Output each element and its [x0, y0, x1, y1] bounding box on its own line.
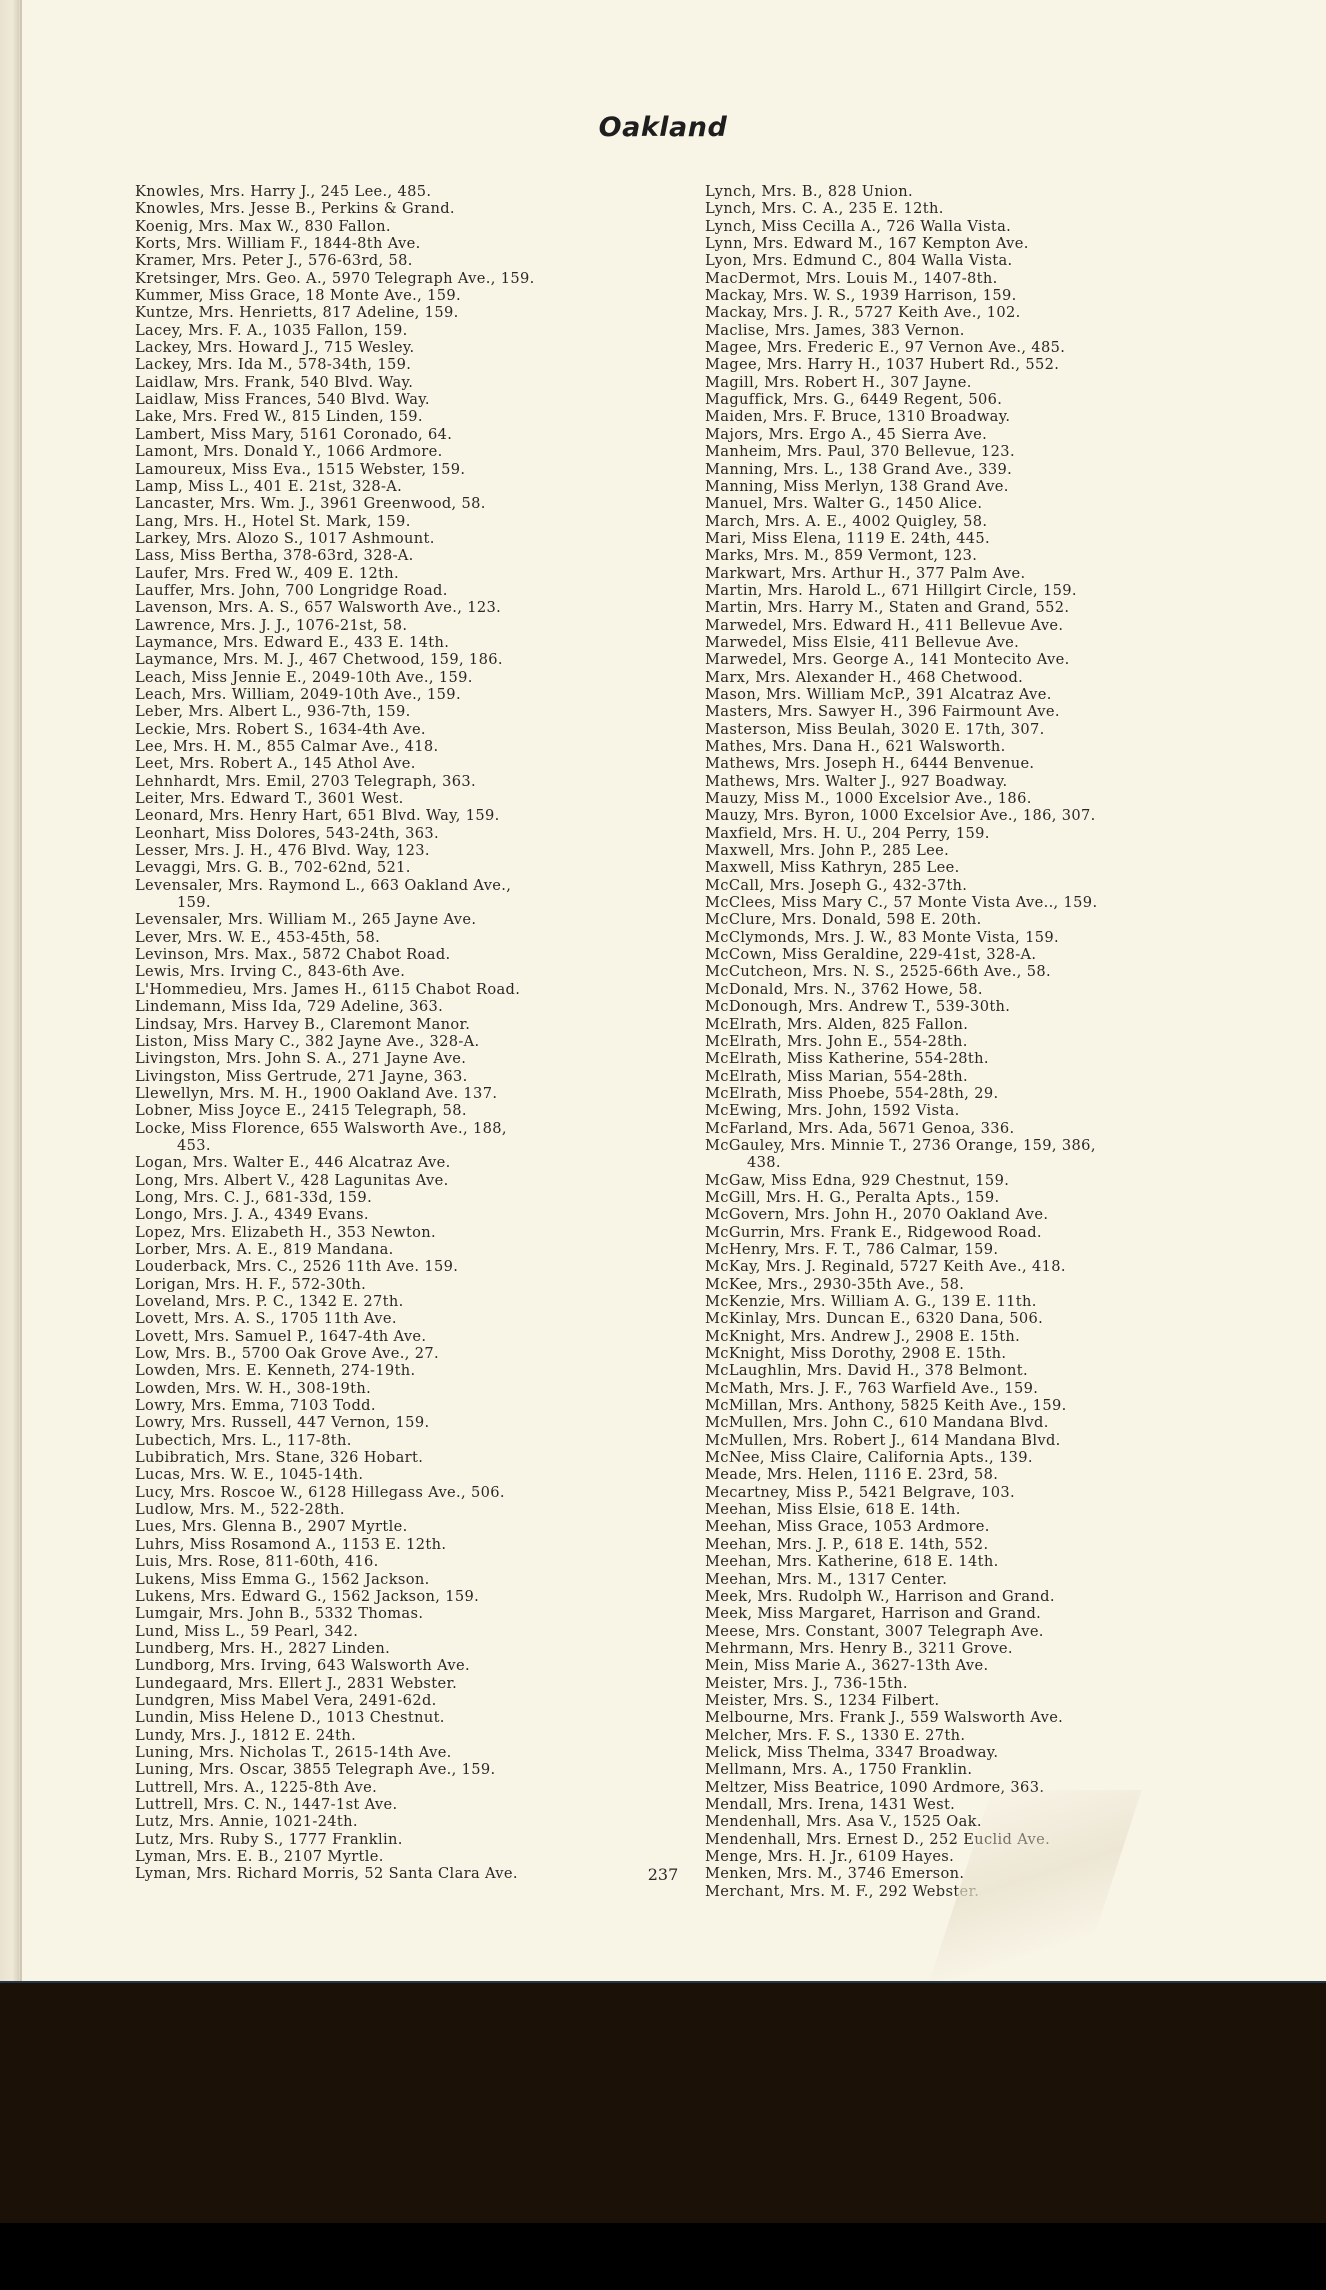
entry-text: Lukens, Miss Emma G., 1562 Jackson. — [135, 1571, 430, 1588]
directory-entry: Mari, Miss Elena, 1119 E. 24th, 445. — [705, 530, 1305, 547]
directory-entry: Lorber, Mrs. A. E., 819 Mandana. — [135, 1241, 695, 1258]
directory-entry: Marks, Mrs. M., 859 Vermont, 123. — [705, 547, 1305, 564]
directory-entry: Lake, Mrs. Fred W., 815 Linden, 159. — [135, 408, 695, 425]
directory-entry: Markwart, Mrs. Arthur H., 377 Palm Ave. — [705, 565, 1305, 582]
entry-text: Luning, Mrs. Nicholas T., 2615-14th Ave. — [135, 1744, 452, 1761]
directory-entry: Leet, Mrs. Robert A., 145 Athol Ave. — [135, 755, 695, 772]
directory-entry: Lewis, Mrs. Irving C., 843-6th Ave. — [135, 963, 695, 980]
directory-entry: Luhrs, Miss Rosamond A., 1153 E. 12th. — [135, 1536, 695, 1553]
directory-entry: March, Mrs. A. E., 4002 Quigley, 58. — [705, 513, 1305, 530]
entry-text: Marks, Mrs. M., 859 Vermont, 123. — [705, 547, 977, 564]
entry-text: Lauffer, Mrs. John, 700 Longridge Road. — [135, 582, 448, 599]
entry-text: Livingston, Miss Gertrude, 271 Jayne, 36… — [135, 1068, 468, 1085]
directory-entry: Lopez, Mrs. Elizabeth H., 353 Newton. — [135, 1224, 695, 1241]
entry-text: McHenry, Mrs. F. T., 786 Calmar, 159. — [705, 1241, 998, 1258]
entry-text: Meek, Mrs. Rudolph W., Harrison and Gran… — [705, 1588, 1055, 1605]
directory-entry: Manning, Miss Merlyn, 138 Grand Ave. — [705, 478, 1305, 495]
entry-text: Lundegaard, Mrs. Ellert J., 2831 Webster… — [135, 1675, 457, 1692]
entry-text: L'Hommedieu, Mrs. James H., 6115 Chabot … — [135, 981, 520, 998]
directory-entry: Meek, Mrs. Rudolph W., Harrison and Gran… — [705, 1588, 1305, 1605]
directory-entry: McElrath, Mrs. Alden, 825 Fallon. — [705, 1016, 1305, 1033]
directory-entry: Lubibratich, Mrs. Stane, 326 Hobart. — [135, 1449, 695, 1466]
entry-text: Lackey, Mrs. Howard J., 715 Wesley. — [135, 339, 415, 356]
directory-entry: Meehan, Miss Grace, 1053 Ardmore. — [705, 1518, 1305, 1535]
entry-text: Long, Mrs. C. J., 681-33d, 159. — [135, 1189, 372, 1206]
directory-entry: Lorigan, Mrs. H. F., 572-30th. — [135, 1276, 695, 1293]
entry-text: Laidlaw, Miss Frances, 540 Blvd. Way. — [135, 391, 430, 408]
entry-text: McKenzie, Mrs. William A. G., 139 E. 11t… — [705, 1293, 1037, 1310]
entry-text: Lucy, Mrs. Roscoe W., 6128 Hillegass Ave… — [135, 1484, 505, 1501]
entry-text: Mendall, Mrs. Irena, 1431 West. — [705, 1796, 955, 1813]
entry-text: McElrath, Miss Phoebe, 554-28th, 29. — [705, 1085, 999, 1102]
entry-text: Levensaler, Mrs. William M., 265 Jayne A… — [135, 911, 476, 928]
entry-text: McGovern, Mrs. John H., 2070 Oakland Ave… — [705, 1206, 1048, 1223]
directory-entry: Ludlow, Mrs. M., 522-28th. — [135, 1501, 695, 1518]
entry-text: Marx, Mrs. Alexander H., 468 Chetwood. — [705, 669, 1023, 686]
directory-entry: Meister, Mrs. J., 736-15th. — [705, 1675, 1305, 1692]
directory-entry: Martin, Mrs. Harold L., 671 Hillgirt Cir… — [705, 582, 1305, 599]
entry-text: McClymonds, Mrs. J. W., 83 Monte Vista, … — [705, 929, 1059, 946]
directory-entry: Lauffer, Mrs. John, 700 Longridge Road. — [135, 582, 695, 599]
directory-entry: MacDermot, Mrs. Louis M., 1407-8th. — [705, 270, 1305, 287]
entry-text: Lang, Mrs. H., Hotel St. Mark, 159. — [135, 513, 411, 530]
entry-text: Lehnhardt, Mrs. Emil, 2703 Telegraph, 36… — [135, 773, 476, 790]
entry-text: Mecartney, Miss P., 5421 Belgrave, 103. — [705, 1484, 1015, 1501]
directory-entry: McGovern, Mrs. John H., 2070 Oakland Ave… — [705, 1206, 1305, 1223]
entry-text: Lundy, Mrs. J., 1812 E. 24th. — [135, 1727, 356, 1744]
directory-entry: Melbourne, Mrs. Frank J., 559 Walsworth … — [705, 1709, 1305, 1726]
directory-entry: Lundborg, Mrs. Irving, 643 Walsworth Ave… — [135, 1657, 695, 1674]
entry-text: Magee, Mrs. Frederic E., 97 Vernon Ave.,… — [705, 339, 1065, 356]
entry-text: McElrath, Mrs. John E., 554-28th. — [705, 1033, 968, 1050]
entry-text: Lancaster, Mrs. Wm. J., 3961 Greenwood, … — [135, 495, 486, 512]
entry-text: Laymance, Mrs. Edward E., 433 E. 14th. — [135, 634, 449, 651]
directory-entry: McElrath, Miss Marian, 554-28th. — [705, 1068, 1305, 1085]
page-title: Oakland — [0, 112, 1326, 143]
directory-entry: McCown, Miss Geraldine, 229-41st, 328-A. — [705, 946, 1305, 963]
entry-text: McKnight, Mrs. Andrew J., 2908 E. 15th. — [705, 1328, 1020, 1345]
entry-text: Meehan, Mrs. J. P., 618 E. 14th, 552. — [705, 1536, 988, 1553]
directory-entry: Maxfield, Mrs. H. U., 204 Perry, 159. — [705, 825, 1305, 842]
directory-entry: Magill, Mrs. Robert H., 307 Jayne. — [705, 374, 1305, 391]
entry-text: Masterson, Miss Beulah, 3020 E. 17th, 30… — [705, 721, 1045, 738]
entry-text: MacDermot, Mrs. Louis M., 1407-8th. — [705, 270, 998, 287]
entry-text: Maxwell, Miss Kathryn, 285 Lee. — [705, 859, 960, 876]
directory-entry: Lynch, Mrs. B., 828 Union. — [705, 183, 1305, 200]
entry-text: Liston, Miss Mary C., 382 Jayne Ave., 32… — [135, 1033, 480, 1050]
entry-text: Meade, Mrs. Helen, 1116 E. 23rd, 58. — [705, 1466, 998, 1483]
directory-entry: Lobner, Miss Joyce E., 2415 Telegraph, 5… — [135, 1102, 695, 1119]
directory-entry: Longo, Mrs. J. A., 4349 Evans. — [135, 1206, 695, 1223]
directory-entry: Livingston, Miss Gertrude, 271 Jayne, 36… — [135, 1068, 695, 1085]
entry-text: Lake, Mrs. Fred W., 815 Linden, 159. — [135, 408, 423, 425]
entry-text: Mackay, Mrs. W. S., 1939 Harrison, 159. — [705, 287, 1017, 304]
directory-entry: McClees, Miss Mary C., 57 Monte Vista Av… — [705, 894, 1305, 911]
entry-text: Mason, Mrs. William McP., 391 Alcatraz A… — [705, 686, 1052, 703]
entry-text: Levensaler, Mrs. Raymond L., 663 Oakland… — [135, 877, 511, 894]
directory-entry: McGurrin, Mrs. Frank E., Ridgewood Road. — [705, 1224, 1305, 1241]
entry-text: Luning, Mrs. Oscar, 3855 Telegraph Ave.,… — [135, 1761, 496, 1778]
entry-text: McDonald, Mrs. N., 3762 Howe, 58. — [705, 981, 983, 998]
entry-text: Maclise, Mrs. James, 383 Vernon. — [705, 322, 965, 339]
entry-text: Meehan, Miss Elsie, 618 E. 14th. — [705, 1501, 961, 1518]
entry-text: Lovett, Mrs. A. S., 1705 11th Ave. — [135, 1310, 397, 1327]
entry-text: Leach, Mrs. William, 2049-10th Ave., 159… — [135, 686, 461, 703]
directory-entry: McHenry, Mrs. F. T., 786 Calmar, 159. — [705, 1241, 1305, 1258]
directory-entry: Luttrell, Mrs. C. N., 1447-1st Ave. — [135, 1796, 695, 1813]
entry-text: McNee, Miss Claire, California Apts., 13… — [705, 1449, 1033, 1466]
directory-entry: Meehan, Mrs. Katherine, 618 E. 14th. — [705, 1553, 1305, 1570]
directory-entry: Mackay, Mrs. J. R., 5727 Keith Ave., 102… — [705, 304, 1305, 321]
directory-entry: Meek, Miss Margaret, Harrison and Grand. — [705, 1605, 1305, 1622]
entry-text: Manning, Miss Merlyn, 138 Grand Ave. — [705, 478, 1009, 495]
scan-black-border — [0, 2223, 1326, 2290]
entry-text: Lowden, Mrs. W. H., 308-19th. — [135, 1380, 371, 1397]
directory-entry: Lundin, Miss Helene D., 1013 Chestnut. — [135, 1709, 695, 1726]
directory-entry: Locke, Miss Florence, 655 Walsworth Ave.… — [135, 1120, 695, 1155]
directory-entry: Lancaster, Mrs. Wm. J., 3961 Greenwood, … — [135, 495, 695, 512]
directory-entry: Marwedel, Mrs. George A., 141 Montecito … — [705, 651, 1305, 668]
directory-entry: McKee, Mrs., 2930-35th Ave., 58. — [705, 1276, 1305, 1293]
directory-entry: Marx, Mrs. Alexander H., 468 Chetwood. — [705, 669, 1305, 686]
entry-text: McDonough, Mrs. Andrew T., 539-30th. — [705, 998, 1010, 1015]
entry-text: Locke, Miss Florence, 655 Walsworth Ave.… — [135, 1120, 507, 1137]
directory-entry: McDonough, Mrs. Andrew T., 539-30th. — [705, 998, 1305, 1015]
entry-text: Magee, Mrs. Harry H., 1037 Hubert Rd., 5… — [705, 356, 1059, 373]
entry-text: Knowles, Mrs. Harry J., 245 Lee., 485. — [135, 183, 431, 200]
entry-text: Melick, Miss Thelma, 3347 Broadway. — [705, 1744, 998, 1761]
entry-text: Lass, Miss Bertha, 378-63rd, 328-A. — [135, 547, 414, 564]
directory-entry: Maguffick, Mrs. G., 6449 Regent, 506. — [705, 391, 1305, 408]
directory-entry: Long, Mrs. Albert V., 428 Lagunitas Ave. — [135, 1172, 695, 1189]
directory-entry: Melcher, Mrs. F. S., 1330 E. 27th. — [705, 1727, 1305, 1744]
directory-entry: Lund, Miss L., 59 Pearl, 342. — [135, 1623, 695, 1640]
entry-text: McMath, Mrs. J. F., 763 Warfield Ave., 1… — [705, 1380, 1038, 1397]
entry-text: McKnight, Miss Dorothy, 2908 E. 15th. — [705, 1345, 1006, 1362]
entry-text: Long, Mrs. Albert V., 428 Lagunitas Ave. — [135, 1172, 449, 1189]
directory-entry: Lukens, Mrs. Edward G., 1562 Jackson, 15… — [135, 1588, 695, 1605]
directory-entry: Korts, Mrs. William F., 1844-8th Ave. — [135, 235, 695, 252]
entry-text: Mehrmann, Mrs. Henry B., 3211 Grove. — [705, 1640, 1013, 1657]
directory-entry: Maclise, Mrs. James, 383 Vernon. — [705, 322, 1305, 339]
entry-text: Lopez, Mrs. Elizabeth H., 353 Newton. — [135, 1224, 436, 1241]
entry-text: Lutz, Mrs. Annie, 1021-24th. — [135, 1813, 358, 1830]
directory-entry: Kuntze, Mrs. Henrietts, 817 Adeline, 159… — [135, 304, 695, 321]
directory-entry: Lowry, Mrs. Russell, 447 Vernon, 159. — [135, 1414, 695, 1431]
directory-entry: Kummer, Miss Grace, 18 Monte Ave., 159. — [135, 287, 695, 304]
entry-text: Meese, Mrs. Constant, 3007 Telegraph Ave… — [705, 1623, 1044, 1640]
entry-text: Melcher, Mrs. F. S., 1330 E. 27th. — [705, 1727, 965, 1744]
directory-entry: Lowden, Mrs. W. H., 308-19th. — [135, 1380, 695, 1397]
directory-entry: Meehan, Mrs. J. P., 618 E. 14th, 552. — [705, 1536, 1305, 1553]
directory-entry: L'Hommedieu, Mrs. James H., 6115 Chabot … — [135, 981, 695, 998]
directory-entry: Meade, Mrs. Helen, 1116 E. 23rd, 58. — [705, 1466, 1305, 1483]
directory-entry: Louderback, Mrs. C., 2526 11th Ave. 159. — [135, 1258, 695, 1275]
directory-entry: Llewellyn, Mrs. M. H., 1900 Oakland Ave.… — [135, 1085, 695, 1102]
directory-entry: Masterson, Miss Beulah, 3020 E. 17th, 30… — [705, 721, 1305, 738]
directory-entry: Mellmann, Mrs. A., 1750 Franklin. — [705, 1761, 1305, 1778]
entry-text: Lindsay, Mrs. Harvey B., Claremont Manor… — [135, 1016, 470, 1033]
entry-text: Lundgren, Miss Mabel Vera, 2491-62d. — [135, 1692, 437, 1709]
directory-entry: McCall, Mrs. Joseph G., 432-37th. — [705, 877, 1305, 894]
entry-continuation: 159. — [135, 894, 695, 911]
entry-text: Marwedel, Mrs. Edward H., 411 Bellevue A… — [705, 617, 1063, 634]
entry-text: Kramer, Mrs. Peter J., 576-63rd, 58. — [135, 252, 413, 269]
entry-text: Martin, Mrs. Harold L., 671 Hillgirt Cir… — [705, 582, 1077, 599]
directory-entry: Lutz, Mrs. Ruby S., 1777 Franklin. — [135, 1831, 695, 1848]
directory-entry: Lambert, Miss Mary, 5161 Coronado, 64. — [135, 426, 695, 443]
directory-entry: Laidlaw, Miss Frances, 540 Blvd. Way. — [135, 391, 695, 408]
entry-text: Lamp, Miss L., 401 E. 21st, 328-A. — [135, 478, 402, 495]
entry-text: Marwedel, Miss Elsie, 411 Bellevue Ave. — [705, 634, 1019, 651]
entry-text: Lamoureux, Miss Eva., 1515 Webster, 159. — [135, 461, 465, 478]
directory-entry: Lovett, Mrs. A. S., 1705 11th Ave. — [135, 1310, 695, 1327]
entry-text: Leber, Mrs. Albert L., 936-7th, 159. — [135, 703, 411, 720]
directory-entry: Leiter, Mrs. Edward T., 3601 West. — [135, 790, 695, 807]
directory-entry: Masters, Mrs. Sawyer H., 396 Fairmount A… — [705, 703, 1305, 720]
entry-text: Levaggi, Mrs. G. B., 702-62nd, 521. — [135, 859, 411, 876]
directory-entry: McKenzie, Mrs. William A. G., 139 E. 11t… — [705, 1293, 1305, 1310]
directory-entry: McMath, Mrs. J. F., 763 Warfield Ave., 1… — [705, 1380, 1305, 1397]
directory-entry: McElrath, Miss Katherine, 554-28th. — [705, 1050, 1305, 1067]
directory-entry: Koenig, Mrs. Max W., 830 Fallon. — [135, 218, 695, 235]
directory-entry: Lynch, Mrs. C. A., 235 E. 12th. — [705, 200, 1305, 217]
directory-entry: McCutcheon, Mrs. N. S., 2525-66th Ave., … — [705, 963, 1305, 980]
directory-entry: Levensaler, Mrs. William M., 265 Jayne A… — [135, 911, 695, 928]
entry-text: Kuntze, Mrs. Henrietts, 817 Adeline, 159… — [135, 304, 459, 321]
directory-entry: Lang, Mrs. H., Hotel St. Mark, 159. — [135, 513, 695, 530]
entry-text: Lukens, Mrs. Edward G., 1562 Jackson, 15… — [135, 1588, 479, 1605]
entry-text: Lowry, Mrs. Emma, 7103 Todd. — [135, 1397, 376, 1414]
directory-entry: Meehan, Miss Elsie, 618 E. 14th. — [705, 1501, 1305, 1518]
entry-text: Melbourne, Mrs. Frank J., 559 Walsworth … — [705, 1709, 1063, 1726]
directory-entry: Livingston, Mrs. John S. A., 271 Jayne A… — [135, 1050, 695, 1067]
directory-entry: Lever, Mrs. W. E., 453-45th, 58. — [135, 929, 695, 946]
directory-entry: Leonard, Mrs. Henry Hart, 651 Blvd. Way,… — [135, 807, 695, 824]
entry-text: Marwedel, Mrs. George A., 141 Montecito … — [705, 651, 1070, 668]
entry-text: Maxwell, Mrs. John P., 285 Lee. — [705, 842, 949, 859]
entry-text: Kretsinger, Mrs. Geo. A., 5970 Telegraph… — [135, 270, 535, 287]
entry-text: Maiden, Mrs. F. Bruce, 1310 Broadway. — [705, 408, 1010, 425]
entry-text: Lubectich, Mrs. L., 117-8th. — [135, 1432, 352, 1449]
entry-text: Lynch, Mrs. B., 828 Union. — [705, 183, 913, 200]
entry-text: Leet, Mrs. Robert A., 145 Athol Ave. — [135, 755, 416, 772]
directory-entry: Lavenson, Mrs. A. S., 657 Walsworth Ave.… — [135, 599, 695, 616]
directory-entry: McKnight, Mrs. Andrew J., 2908 E. 15th. — [705, 1328, 1305, 1345]
directory-entry: Mecartney, Miss P., 5421 Belgrave, 103. — [705, 1484, 1305, 1501]
directory-entry: Lacey, Mrs. F. A., 1035 Fallon, 159. — [135, 322, 695, 339]
directory-entry: Meister, Mrs. S., 1234 Filbert. — [705, 1692, 1305, 1709]
entry-text: Lundin, Miss Helene D., 1013 Chestnut. — [135, 1709, 445, 1726]
directory-entry: Lumgair, Mrs. John B., 5332 Thomas. — [135, 1605, 695, 1622]
entry-text: Lorigan, Mrs. H. F., 572-30th. — [135, 1276, 366, 1293]
directory-entry: Lundberg, Mrs. H., 2827 Linden. — [135, 1640, 695, 1657]
directory-entry: McGill, Mrs. H. G., Peralta Apts., 159. — [705, 1189, 1305, 1206]
entry-text: McEwing, Mrs. John, 1592 Vista. — [705, 1102, 960, 1119]
entry-text: Maxfield, Mrs. H. U., 204 Perry, 159. — [705, 825, 990, 842]
entry-text: Manuel, Mrs. Walter G., 1450 Alice. — [705, 495, 982, 512]
directory-entry: Lindsay, Mrs. Harvey B., Claremont Manor… — [135, 1016, 695, 1033]
entry-text: Logan, Mrs. Walter E., 446 Alcatraz Ave. — [135, 1154, 451, 1171]
entry-text: Masters, Mrs. Sawyer H., 396 Fairmount A… — [705, 703, 1060, 720]
directory-entry: Leach, Miss Jennie E., 2049-10th Ave., 1… — [135, 669, 695, 686]
entry-text: McMullen, Mrs. John C., 610 Mandana Blvd… — [705, 1414, 1049, 1431]
directory-entry: Mathes, Mrs. Dana H., 621 Walsworth. — [705, 738, 1305, 755]
entry-text: McElrath, Mrs. Alden, 825 Fallon. — [705, 1016, 968, 1033]
directory-entry: Lundgren, Miss Mabel Vera, 2491-62d. — [135, 1692, 695, 1709]
entry-text: Lovett, Mrs. Samuel P., 1647-4th Ave. — [135, 1328, 426, 1345]
entry-text: McMullen, Mrs. Robert J., 614 Mandana Bl… — [705, 1432, 1061, 1449]
entry-text: Lubibratich, Mrs. Stane, 326 Hobart. — [135, 1449, 423, 1466]
directory-entry: Magee, Mrs. Frederic E., 97 Vernon Ave.,… — [705, 339, 1305, 356]
directory-entry: Luning, Mrs. Oscar, 3855 Telegraph Ave.,… — [135, 1761, 695, 1778]
entry-text: Koenig, Mrs. Max W., 830 Fallon. — [135, 218, 391, 235]
directory-entry: Lyman, Mrs. E. B., 2107 Myrtle. — [135, 1848, 695, 1865]
directory-entry: Laymance, Mrs. M. J., 467 Chetwood, 159,… — [135, 651, 695, 668]
directory-entry: Lesser, Mrs. J. H., 476 Blvd. Way, 123. — [135, 842, 695, 859]
entry-text: Lambert, Miss Mary, 5161 Coronado, 64. — [135, 426, 452, 443]
directory-entry: Leonhart, Miss Dolores, 543-24th, 363. — [135, 825, 695, 842]
directory-entry: Levinson, Mrs. Max., 5872 Chabot Road. — [135, 946, 695, 963]
entry-text: McClure, Mrs. Donald, 598 E. 20th. — [705, 911, 982, 928]
entry-text: Lucas, Mrs. W. E., 1045-14th. — [135, 1466, 363, 1483]
entry-text: Laymance, Mrs. M. J., 467 Chetwood, 159,… — [135, 651, 503, 668]
entry-text: Lobner, Miss Joyce E., 2415 Telegraph, 5… — [135, 1102, 467, 1119]
entry-text: McGill, Mrs. H. G., Peralta Apts., 159. — [705, 1189, 999, 1206]
entry-text: Martin, Mrs. Harry M., Staten and Grand,… — [705, 599, 1069, 616]
entry-text: Mein, Miss Marie A., 3627-13th Ave. — [705, 1657, 988, 1674]
entry-text: Mathes, Mrs. Dana H., 621 Walsworth. — [705, 738, 1006, 755]
entry-text: McGaw, Miss Edna, 929 Chestnut, 159. — [705, 1172, 1009, 1189]
directory-entry: Lass, Miss Bertha, 378-63rd, 328-A. — [135, 547, 695, 564]
entry-text: Ludlow, Mrs. M., 522-28th. — [135, 1501, 345, 1518]
entry-text: Longo, Mrs. J. A., 4349 Evans. — [135, 1206, 369, 1223]
entry-text: Lues, Mrs. Glenna B., 2907 Myrtle. — [135, 1518, 408, 1535]
directory-entry: Lundy, Mrs. J., 1812 E. 24th. — [135, 1727, 695, 1744]
directory-entry: Lovett, Mrs. Samuel P., 1647-4th Ave. — [135, 1328, 695, 1345]
directory-column-right: Lynch, Mrs. B., 828 Union.Lynch, Mrs. C.… — [705, 183, 1305, 1900]
directory-entry: Knowles, Mrs. Jesse B., Perkins & Grand. — [135, 200, 695, 217]
entry-text: Menge, Mrs. H. Jr., 6109 Hayes. — [705, 1848, 954, 1865]
entry-text: Kummer, Miss Grace, 18 Monte Ave., 159. — [135, 287, 461, 304]
directory-entry: Lamoureux, Miss Eva., 1515 Webster, 159. — [135, 461, 695, 478]
entry-text: Luhrs, Miss Rosamond A., 1153 E. 12th. — [135, 1536, 446, 1553]
directory-entry: Lackey, Mrs. Howard J., 715 Wesley. — [135, 339, 695, 356]
directory-entry: McGaw, Miss Edna, 929 Chestnut, 159. — [705, 1172, 1305, 1189]
directory-entry: Laidlaw, Mrs. Frank, 540 Blvd. Way. — [135, 374, 695, 391]
directory-entry: Lukens, Miss Emma G., 1562 Jackson. — [135, 1571, 695, 1588]
directory-entry: Marwedel, Mrs. Edward H., 411 Bellevue A… — [705, 617, 1305, 634]
binding-gutter-shadow — [0, 0, 22, 1981]
entry-text: Lamont, Mrs. Donald Y., 1066 Ardmore. — [135, 443, 443, 460]
entry-text: Mauzy, Mrs. Byron, 1000 Excelsior Ave., … — [705, 807, 1096, 824]
directory-entry: Meehan, Mrs. M., 1317 Center. — [705, 1571, 1305, 1588]
directory-entry: Magee, Mrs. Harry H., 1037 Hubert Rd., 5… — [705, 356, 1305, 373]
directory-entry: Lubectich, Mrs. L., 117-8th. — [135, 1432, 695, 1449]
directory-entry: McEwing, Mrs. John, 1592 Vista. — [705, 1102, 1305, 1119]
directory-entry: Loveland, Mrs. P. C., 1342 E. 27th. — [135, 1293, 695, 1310]
entry-continuation: 453. — [135, 1137, 695, 1154]
entry-text: Maguffick, Mrs. G., 6449 Regent, 506. — [705, 391, 1002, 408]
directory-entry: Lowry, Mrs. Emma, 7103 Todd. — [135, 1397, 695, 1414]
entry-text: Lindemann, Miss Ida, 729 Adeline, 363. — [135, 998, 443, 1015]
entry-text: Luttrell, Mrs. C. N., 1447-1st Ave. — [135, 1796, 397, 1813]
directory-entry: Marwedel, Miss Elsie, 411 Bellevue Ave. — [705, 634, 1305, 651]
directory-entry: Meese, Mrs. Constant, 3007 Telegraph Ave… — [705, 1623, 1305, 1640]
entry-text: Meister, Mrs. S., 1234 Filbert. — [705, 1692, 940, 1709]
directory-entry: Lues, Mrs. Glenna B., 2907 Myrtle. — [135, 1518, 695, 1535]
directory-entry: Lindemann, Miss Ida, 729 Adeline, 363. — [135, 998, 695, 1015]
directory-entry: Lackey, Mrs. Ida M., 578-34th, 159. — [135, 356, 695, 373]
page-number: 237 — [0, 1865, 1326, 1884]
entry-text: McClees, Miss Mary C., 57 Monte Vista Av… — [705, 894, 1097, 911]
entry-text: Meister, Mrs. J., 736-15th. — [705, 1675, 908, 1692]
directory-entry: Mauzy, Miss M., 1000 Excelsior Ave., 186… — [705, 790, 1305, 807]
entry-text: Lutz, Mrs. Ruby S., 1777 Franklin. — [135, 1831, 403, 1848]
directory-entry: Mathews, Mrs. Joseph H., 6444 Benvenue. — [705, 755, 1305, 772]
directory-entry: Knowles, Mrs. Harry J., 245 Lee., 485. — [135, 183, 695, 200]
directory-entry: Kretsinger, Mrs. Geo. A., 5970 Telegraph… — [135, 270, 695, 287]
directory-entry: Lynn, Mrs. Edward M., 167 Kempton Ave. — [705, 235, 1305, 252]
entry-text: Lynn, Mrs. Edward M., 167 Kempton Ave. — [705, 235, 1029, 252]
entry-text: McCown, Miss Geraldine, 229-41st, 328-A. — [705, 946, 1036, 963]
directory-entry: McLaughlin, Mrs. David H., 378 Belmont. — [705, 1362, 1305, 1379]
directory-entry: McMullen, Mrs. John C., 610 Mandana Blvd… — [705, 1414, 1305, 1431]
directory-entry: Logan, Mrs. Walter E., 446 Alcatraz Ave. — [135, 1154, 695, 1171]
directory-entry: Low, Mrs. B., 5700 Oak Grove Ave., 27. — [135, 1345, 695, 1362]
binding-gutter-edge — [20, 0, 22, 1981]
directory-entry: Lamp, Miss L., 401 E. 21st, 328-A. — [135, 478, 695, 495]
directory-entry: Laymance, Mrs. Edward E., 433 E. 14th. — [135, 634, 695, 651]
entry-text: Lyman, Mrs. E. B., 2107 Myrtle. — [135, 1848, 384, 1865]
directory-entry: Luttrell, Mrs. A., 1225-8th Ave. — [135, 1779, 695, 1796]
entry-text: Markwart, Mrs. Arthur H., 377 Palm Ave. — [705, 565, 1026, 582]
entry-text: Louderback, Mrs. C., 2526 11th Ave. 159. — [135, 1258, 458, 1275]
directory-entry: Lawrence, Mrs. J. J., 1076-21st, 58. — [135, 617, 695, 634]
directory-entry: McNee, Miss Claire, California Apts., 13… — [705, 1449, 1305, 1466]
directory-entry: Long, Mrs. C. J., 681-33d, 159. — [135, 1189, 695, 1206]
entry-text: Luis, Mrs. Rose, 811-60th, 416. — [135, 1553, 379, 1570]
entry-text: McLaughlin, Mrs. David H., 378 Belmont. — [705, 1362, 1028, 1379]
directory-entry: Leach, Mrs. William, 2049-10th Ave., 159… — [135, 686, 695, 703]
entry-text: Mendenhall, Mrs. Asa V., 1525 Oak. — [705, 1813, 982, 1830]
entry-text: Lumgair, Mrs. John B., 5332 Thomas. — [135, 1605, 423, 1622]
directory-entry: Levensaler, Mrs. Raymond L., 663 Oakland… — [135, 877, 695, 912]
directory-entry: Lamont, Mrs. Donald Y., 1066 Ardmore. — [135, 443, 695, 460]
directory-entry: Mackay, Mrs. W. S., 1939 Harrison, 159. — [705, 287, 1305, 304]
directory-entry: Lucas, Mrs. W. E., 1045-14th. — [135, 1466, 695, 1483]
entry-text: Lesser, Mrs. J. H., 476 Blvd. Way, 123. — [135, 842, 430, 859]
entry-text: Low, Mrs. B., 5700 Oak Grove Ave., 27. — [135, 1345, 439, 1362]
entry-text: Llewellyn, Mrs. M. H., 1900 Oakland Ave.… — [135, 1085, 497, 1102]
entry-text: Meehan, Miss Grace, 1053 Ardmore. — [705, 1518, 990, 1535]
entry-text: Lundborg, Mrs. Irving, 643 Walsworth Ave… — [135, 1657, 470, 1674]
directory-entry: McMillan, Mrs. Anthony, 5825 Keith Ave.,… — [705, 1397, 1305, 1414]
entry-text: Meehan, Mrs. Katherine, 618 E. 14th. — [705, 1553, 999, 1570]
entry-text: Livingston, Mrs. John S. A., 271 Jayne A… — [135, 1050, 466, 1067]
entry-text: Loveland, Mrs. P. C., 1342 E. 27th. — [135, 1293, 404, 1310]
entry-text: McKay, Mrs. J. Reginald, 5727 Keith Ave.… — [705, 1258, 1066, 1275]
entry-text: Merchant, Mrs. M. F., 292 Webster. — [705, 1883, 979, 1900]
entry-text: Lacey, Mrs. F. A., 1035 Fallon, 159. — [135, 322, 408, 339]
entry-text: McCutcheon, Mrs. N. S., 2525-66th Ave., … — [705, 963, 1051, 980]
directory-entry: Lutz, Mrs. Annie, 1021-24th. — [135, 1813, 695, 1830]
entry-text: Mathews, Mrs. Walter J., 927 Boadway. — [705, 773, 1007, 790]
directory-entry: Mauzy, Mrs. Byron, 1000 Excelsior Ave., … — [705, 807, 1305, 824]
entry-text: Laidlaw, Mrs. Frank, 540 Blvd. Way. — [135, 374, 413, 391]
entry-text: Mathews, Mrs. Joseph H., 6444 Benvenue. — [705, 755, 1034, 772]
entry-text: Mackay, Mrs. J. R., 5727 Keith Ave., 102… — [705, 304, 1021, 321]
